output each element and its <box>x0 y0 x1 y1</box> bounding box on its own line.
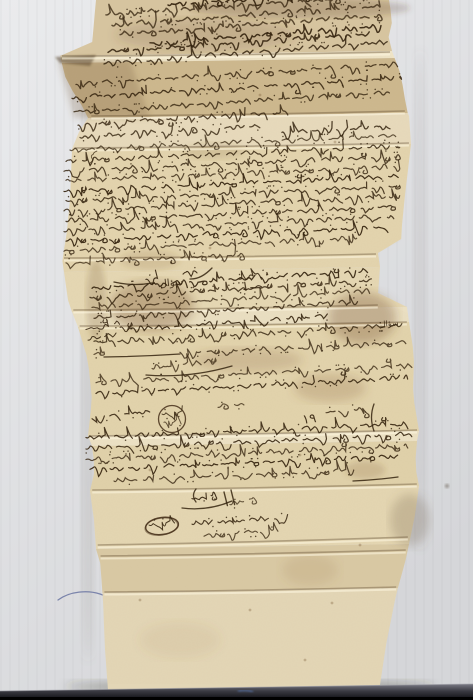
numerals-19: ١٩ <box>301 411 317 428</box>
word-sual-inline: سؤال <box>379 318 399 329</box>
ink-stain <box>345 461 385 479</box>
fox-speck <box>209 247 212 250</box>
fox-speck <box>334 141 337 144</box>
manuscript-photo: سؤالسؤال١٩ <box>0 0 473 700</box>
surface-speck <box>445 484 449 488</box>
photo-canvas: سؤالسؤال١٩ <box>0 0 473 700</box>
ink-stain <box>115 19 295 51</box>
ink-stain <box>328 292 396 344</box>
fox-speck <box>359 544 362 547</box>
ink-stain <box>184 143 244 159</box>
fox-speck <box>139 599 142 602</box>
fox-speck <box>304 659 307 662</box>
ink-stain <box>294 374 366 402</box>
ink-stain <box>140 622 220 658</box>
fox-speck <box>331 602 334 605</box>
ink-stain <box>282 554 338 586</box>
fox-speck <box>259 94 262 97</box>
fox-speck <box>249 609 252 612</box>
